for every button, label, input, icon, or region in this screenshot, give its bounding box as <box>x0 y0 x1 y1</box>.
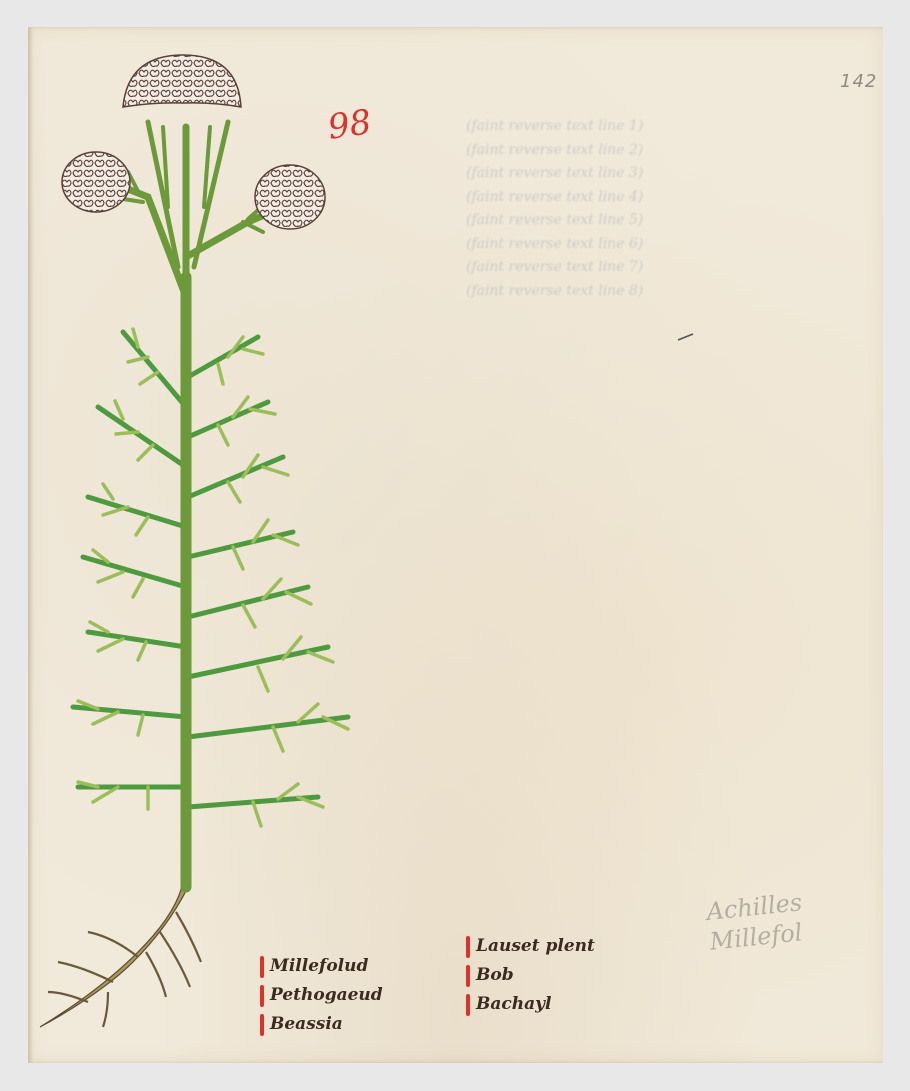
root-icon <box>40 882 201 1027</box>
stem-icon <box>110 122 283 887</box>
bleed-line: (faint reverse text line 5) <box>466 209 643 233</box>
plant-name: Bob <box>466 961 595 990</box>
plant-name: Beassia <box>260 1010 383 1039</box>
bleed-line: (faint reverse text line 1) <box>466 115 643 139</box>
chapter-number: 98 <box>325 102 373 148</box>
rubric-mark <box>260 1014 264 1036</box>
plant-name: Lauset plent <box>466 932 595 961</box>
plant-name-text: Lauset plent <box>476 936 595 956</box>
rubric-mark <box>466 994 470 1016</box>
bleed-line: (faint reverse text line 6) <box>466 233 643 257</box>
plant-names-left: Millefolud Pethogaeud Beassia <box>260 952 383 1039</box>
plant-name: Pethogaeud <box>260 981 383 1010</box>
rubric-mark <box>260 956 264 978</box>
manuscript-page: 142 98 (faint reverse text line 1) (fain… <box>28 27 883 1063</box>
plant-name-text: Beassia <box>270 1014 343 1034</box>
bleed-line: (faint reverse text line 7) <box>466 256 643 280</box>
plant-name: Bachayl <box>466 990 595 1019</box>
folio-number: 142 <box>840 71 877 92</box>
plant-names-right: Lauset plent Bob Bachayl <box>466 932 595 1019</box>
ink-mark <box>678 334 693 340</box>
bleed-through-text: (faint reverse text line 1) (faint rever… <box>466 115 643 303</box>
plant-name-text: Bob <box>476 965 514 985</box>
rubric-mark <box>466 965 470 987</box>
bleed-line: (faint reverse text line 3) <box>466 162 643 186</box>
bleed-line: (faint reverse text line 4) <box>466 186 643 210</box>
plant-name: Millefolud <box>260 952 383 981</box>
plant-name-text: Millefolud <box>270 956 368 976</box>
bleed-line: (faint reverse text line 2) <box>466 139 643 163</box>
rubric-mark <box>260 985 264 1007</box>
leaves-icon <box>73 329 348 826</box>
plant-name-text: Bachayl <box>476 994 551 1014</box>
bleed-line: (faint reverse text line 8) <box>466 280 643 304</box>
flower-heads-icon <box>62 55 325 229</box>
plant-name-text: Pethogaeud <box>270 985 383 1005</box>
pencil-annotation: Achilles Millefol <box>705 887 807 957</box>
rubric-mark <box>466 936 470 958</box>
